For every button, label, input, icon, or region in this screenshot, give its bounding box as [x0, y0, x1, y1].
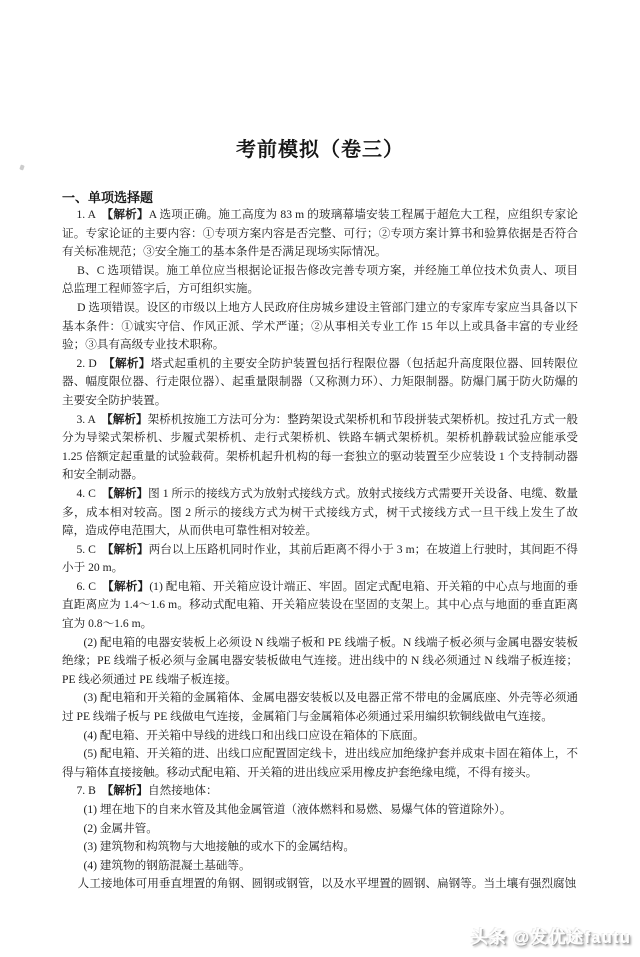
paragraph: (4) 配电箱、开关箱中导线的进线口和出线口应设在箱体的下底面。	[62, 727, 578, 746]
paragraph: D 选项错误。设区的市级以上地方人民政府住房城乡建设主管部门建立的专家库专家应当…	[62, 299, 578, 355]
paragraph: 7. B 【解析】自然接地体：	[62, 782, 578, 801]
watermark: 头条 @发优途fautu	[471, 923, 631, 948]
scan-speck-icon	[19, 164, 24, 170]
answers-content: 1. A 【解析】A 选项正确。施工高度为 83 m 的玻璃幕墙安装工程属于超危…	[62, 206, 578, 894]
paragraph: 3. A 【解析】架桥机按施工方法可分为：整跨架设式架桥机和节段拼装式架桥机。按…	[62, 411, 578, 485]
paragraph: (4) 建筑物的钢筋混凝土基础等。	[62, 857, 578, 876]
paragraph: (2) 金属井管。	[62, 820, 578, 839]
paragraph: 2. D 【解析】塔式起重机的主要安全防护装置包括行程限位器（包括起升高度限位器…	[62, 355, 578, 411]
paragraph: 人工接地体可用垂直埋置的角钢、圆钢或钢管，以及水平埋置的圆钢、扁钢等。当土壤有强…	[62, 875, 578, 894]
paragraph: 5. C 【解析】两台以上压路机同时作业，其前后距离不得小于 3 m；在坡道上行…	[62, 541, 578, 578]
page-title: 考前模拟（卷三）	[0, 133, 640, 162]
paragraph: B、C 选项错误。施工单位应当根据论证报告修改完善专项方案，并经施工单位技术负责…	[62, 262, 578, 299]
paragraph: 6. C 【解析】(1) 配电箱、开关箱应设计端正、牢固。固定式配电箱、开关箱的…	[62, 578, 578, 634]
paragraph: (5) 配电箱、开关箱的进、出线口应配置固定线卡，进出线应加绝缘护套并成束卡固在…	[62, 745, 578, 782]
paragraph: (3) 配电箱和开关箱的金属箱体、金属电器安装板以及电器正常不带电的金属底座、外…	[62, 689, 578, 726]
paragraph: 1. A 【解析】A 选项正确。施工高度为 83 m 的玻璃幕墙安装工程属于超危…	[62, 206, 578, 262]
document-page: 考前模拟（卷三） 一、单项选择题 1. A 【解析】A 选项正确。施工高度为 8…	[0, 0, 640, 957]
section-heading: 一、单项选择题	[62, 187, 153, 206]
paragraph: (1) 埋在地下的自来水管及其他金属管道（液体燃料和易燃、易爆气体的管道除外）。	[62, 801, 578, 820]
paragraph: (3) 建筑物和构筑物与大地接触的或水下的金属结构。	[62, 838, 578, 857]
paragraph: (2) 配电箱的电器安装板上必须设 N 线端子板和 PE 线端子板。N 线端子板…	[62, 634, 578, 690]
paragraph: 4. C 【解析】图 1 所示的接线方式为放射式接线方式。放射式接线方式需要开关…	[62, 485, 578, 541]
